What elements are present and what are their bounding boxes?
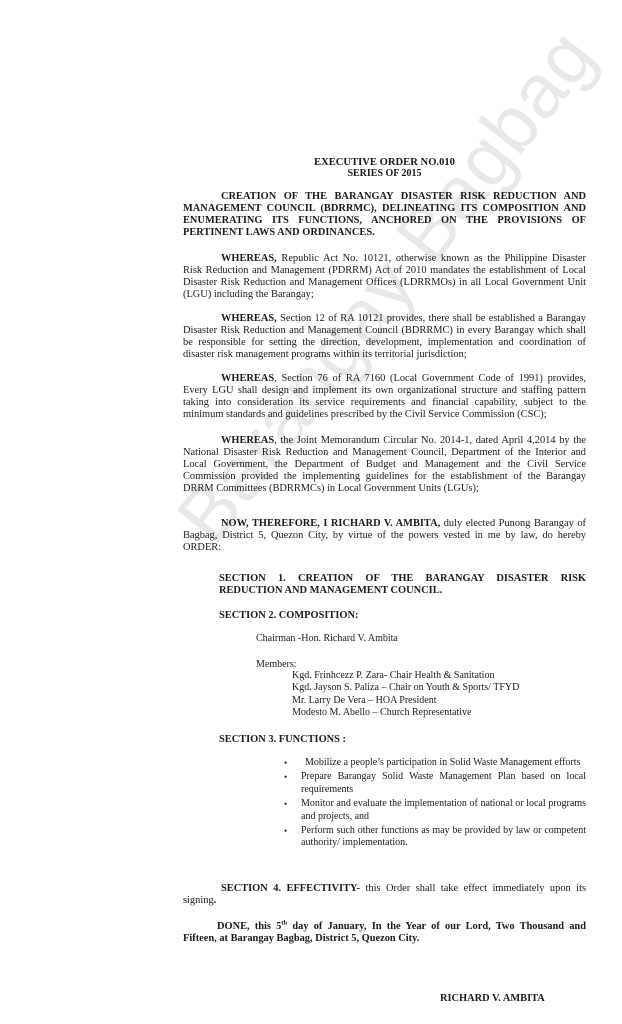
bullet-icon: • — [284, 798, 287, 810]
function-text: Monitor and evaluate the implementation … — [301, 798, 586, 823]
document-heading: CREATION OF THE BARANGAY DISASTER RISK R… — [183, 191, 586, 239]
function-item: • Mobilize a people’s participation in S… — [282, 757, 586, 769]
section-3-heading: SECTION 3. FUNCTIONS : — [219, 734, 346, 746]
whereas-lead: WHEREAS, — [221, 313, 277, 324]
function-item: • Perform such other functions as may be… — [282, 825, 586, 850]
done-paragraph: DONE, this 5th day of January, In the Ye… — [183, 921, 586, 945]
whereas-paragraph-2: WHEREAS, Section 12 of RA 10121 provides… — [183, 313, 586, 361]
function-item: • Monitor and evaluate the implementatio… — [282, 798, 586, 823]
function-text: Perform such other functions as may be p… — [301, 825, 586, 850]
members-list: Kgd. Frinhcezz P. Zara- Chair Health & S… — [292, 670, 519, 719]
section-4-end: . — [214, 895, 217, 906]
member-item: Modesto M. Abello – Church Representativ… — [292, 707, 519, 719]
section-1-heading: SECTION 1. CREATION OF THE BARANGAY DISA… — [219, 573, 586, 597]
whereas-paragraph-3: WHEREAS, Section 76 of RA 7160 (Local Go… — [183, 373, 586, 421]
signatory-name: RICHARD V. AMBITA — [440, 993, 545, 1005]
section-1-line-2: REDUCTION AND MANAGEMENT COUNCIL. — [219, 585, 442, 596]
member-item: Kgd. Jayson S. Paliza – Chair on Youth &… — [292, 682, 519, 694]
member-item: Mr. Larry De Vera – HOA President — [292, 695, 519, 707]
now-therefore-paragraph: NOW, THEREFORE, I RICHARD V. AMBITA, dul… — [183, 518, 586, 554]
function-item: • Prepare Barangay Solid Waste Managemen… — [282, 771, 586, 796]
document-series: SERIES OF 2015 — [183, 168, 586, 180]
functions-list: • Mobilize a people’s participation in S… — [282, 757, 586, 852]
chairman-line: Chairman -Hon. Richard V. Ambita — [256, 633, 398, 645]
whereas-lead: WHEREAS — [221, 435, 274, 446]
whereas-lead: WHEREAS, — [221, 253, 277, 264]
done-pre: DONE, this 5 — [217, 921, 281, 932]
section-4-lead: SECTION 4. EFFECTIVITY- — [221, 883, 360, 894]
bullet-icon: • — [284, 771, 287, 783]
function-text: Mobilize a people’s participation in Sol… — [301, 757, 586, 769]
members-label: Members: — [256, 659, 297, 671]
bullet-icon: • — [284, 825, 287, 837]
whereas-paragraph-4: WHEREAS, the Joint Memorandum Circular N… — [183, 435, 586, 495]
section-2-heading: SECTION 2. COMPOSITION: — [219, 610, 358, 622]
whereas-lead: WHEREAS — [221, 373, 274, 384]
section-1-line-1: SECTION 1. CREATION OF THE BARANGAY DISA… — [219, 573, 586, 585]
now-therefore-lead: NOW, THEREFORE, I RICHARD V. AMBITA, — [221, 518, 440, 529]
section-4-paragraph: SECTION 4. EFFECTIVITY- this Order shall… — [183, 883, 586, 907]
function-text: Prepare Barangay Solid Waste Management … — [301, 771, 586, 796]
whereas-paragraph-1: WHEREAS, Republic Act No. 10121, otherwi… — [183, 253, 586, 301]
member-item: Kgd. Frinhcezz P. Zara- Chair Health & S… — [292, 670, 519, 682]
document-page: Barangay Bagbag EXECUTIVE ORDER NO.010 S… — [0, 0, 622, 1024]
bullet-icon: • — [284, 757, 287, 769]
